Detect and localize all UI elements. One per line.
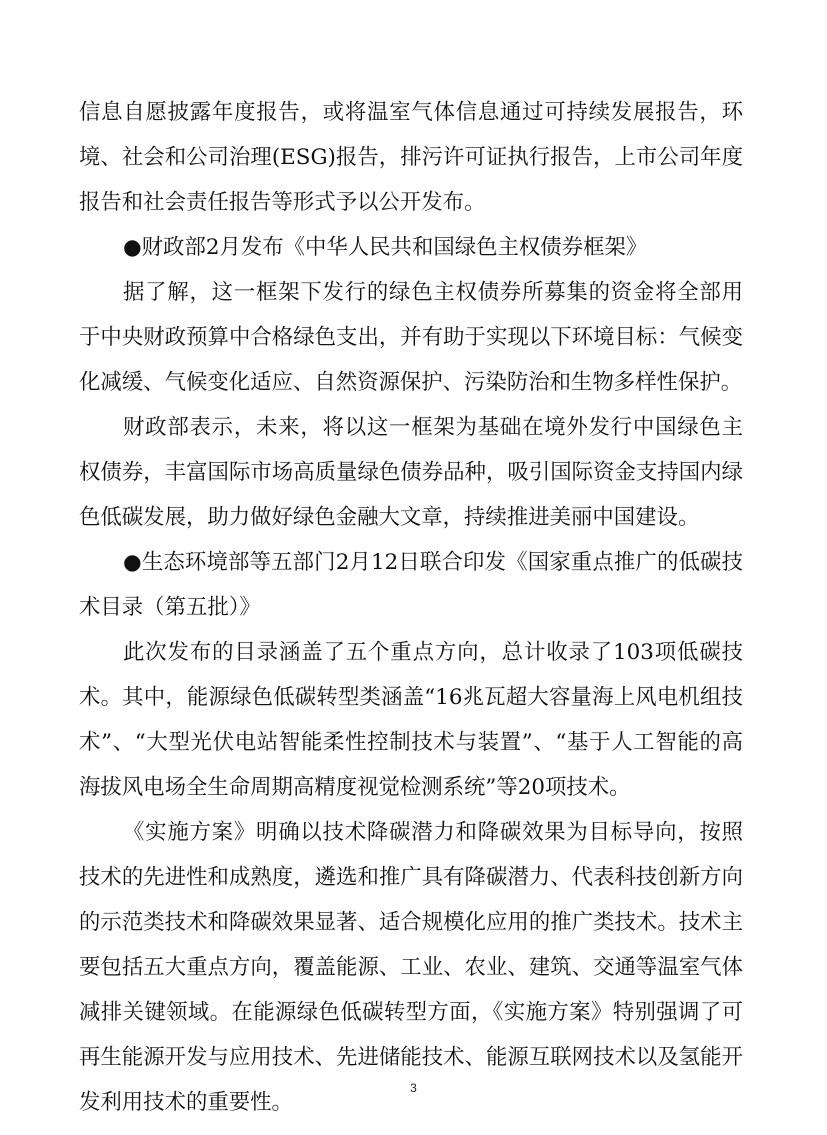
paragraph-bond-funds: 据了解，这一框架下发行的绿色主权债券所募集的资金将全部用于中央财政预算中合格绿色… xyxy=(79,270,743,405)
heading-low-carbon-catalog: ●生态环境部等五部门2月12日联合印发《国家重点推广的低碳技术目录（第五批）》 xyxy=(79,540,743,630)
heading-green-sovereign-bond: ●财政部2月发布《中华人民共和国绿色主权债券框架》 xyxy=(79,225,743,270)
paragraph-catalog-contents: 此次发布的目录涵盖了五个重点方向，总计收录了103项低碳技术。其中，能源绿色低碳… xyxy=(79,630,743,810)
document-body: 信息自愿披露年度报告，或将温室气体信息通过可持续发展报告，环境、社会和公司治理(… xyxy=(79,90,743,1125)
document-page: 信息自愿披露年度报告，或将温室气体信息通过可持续发展报告，环境、社会和公司治理(… xyxy=(0,0,827,1135)
page-number: 3 xyxy=(0,1081,827,1095)
paragraph-disclosure: 信息自愿披露年度报告，或将温室气体信息通过可持续发展报告，环境、社会和公司治理(… xyxy=(79,90,743,225)
paragraph-ministry-statement: 财政部表示，未来，将以这一框架为基础在境外发行中国绿色主权债券，丰富国际市场高质… xyxy=(79,405,743,540)
paragraph-implementation-plan: 《实施方案》明确以技术降碳潜力和降碳效果为目标导向，按照技术的先进性和成熟度，遴… xyxy=(79,810,743,1125)
